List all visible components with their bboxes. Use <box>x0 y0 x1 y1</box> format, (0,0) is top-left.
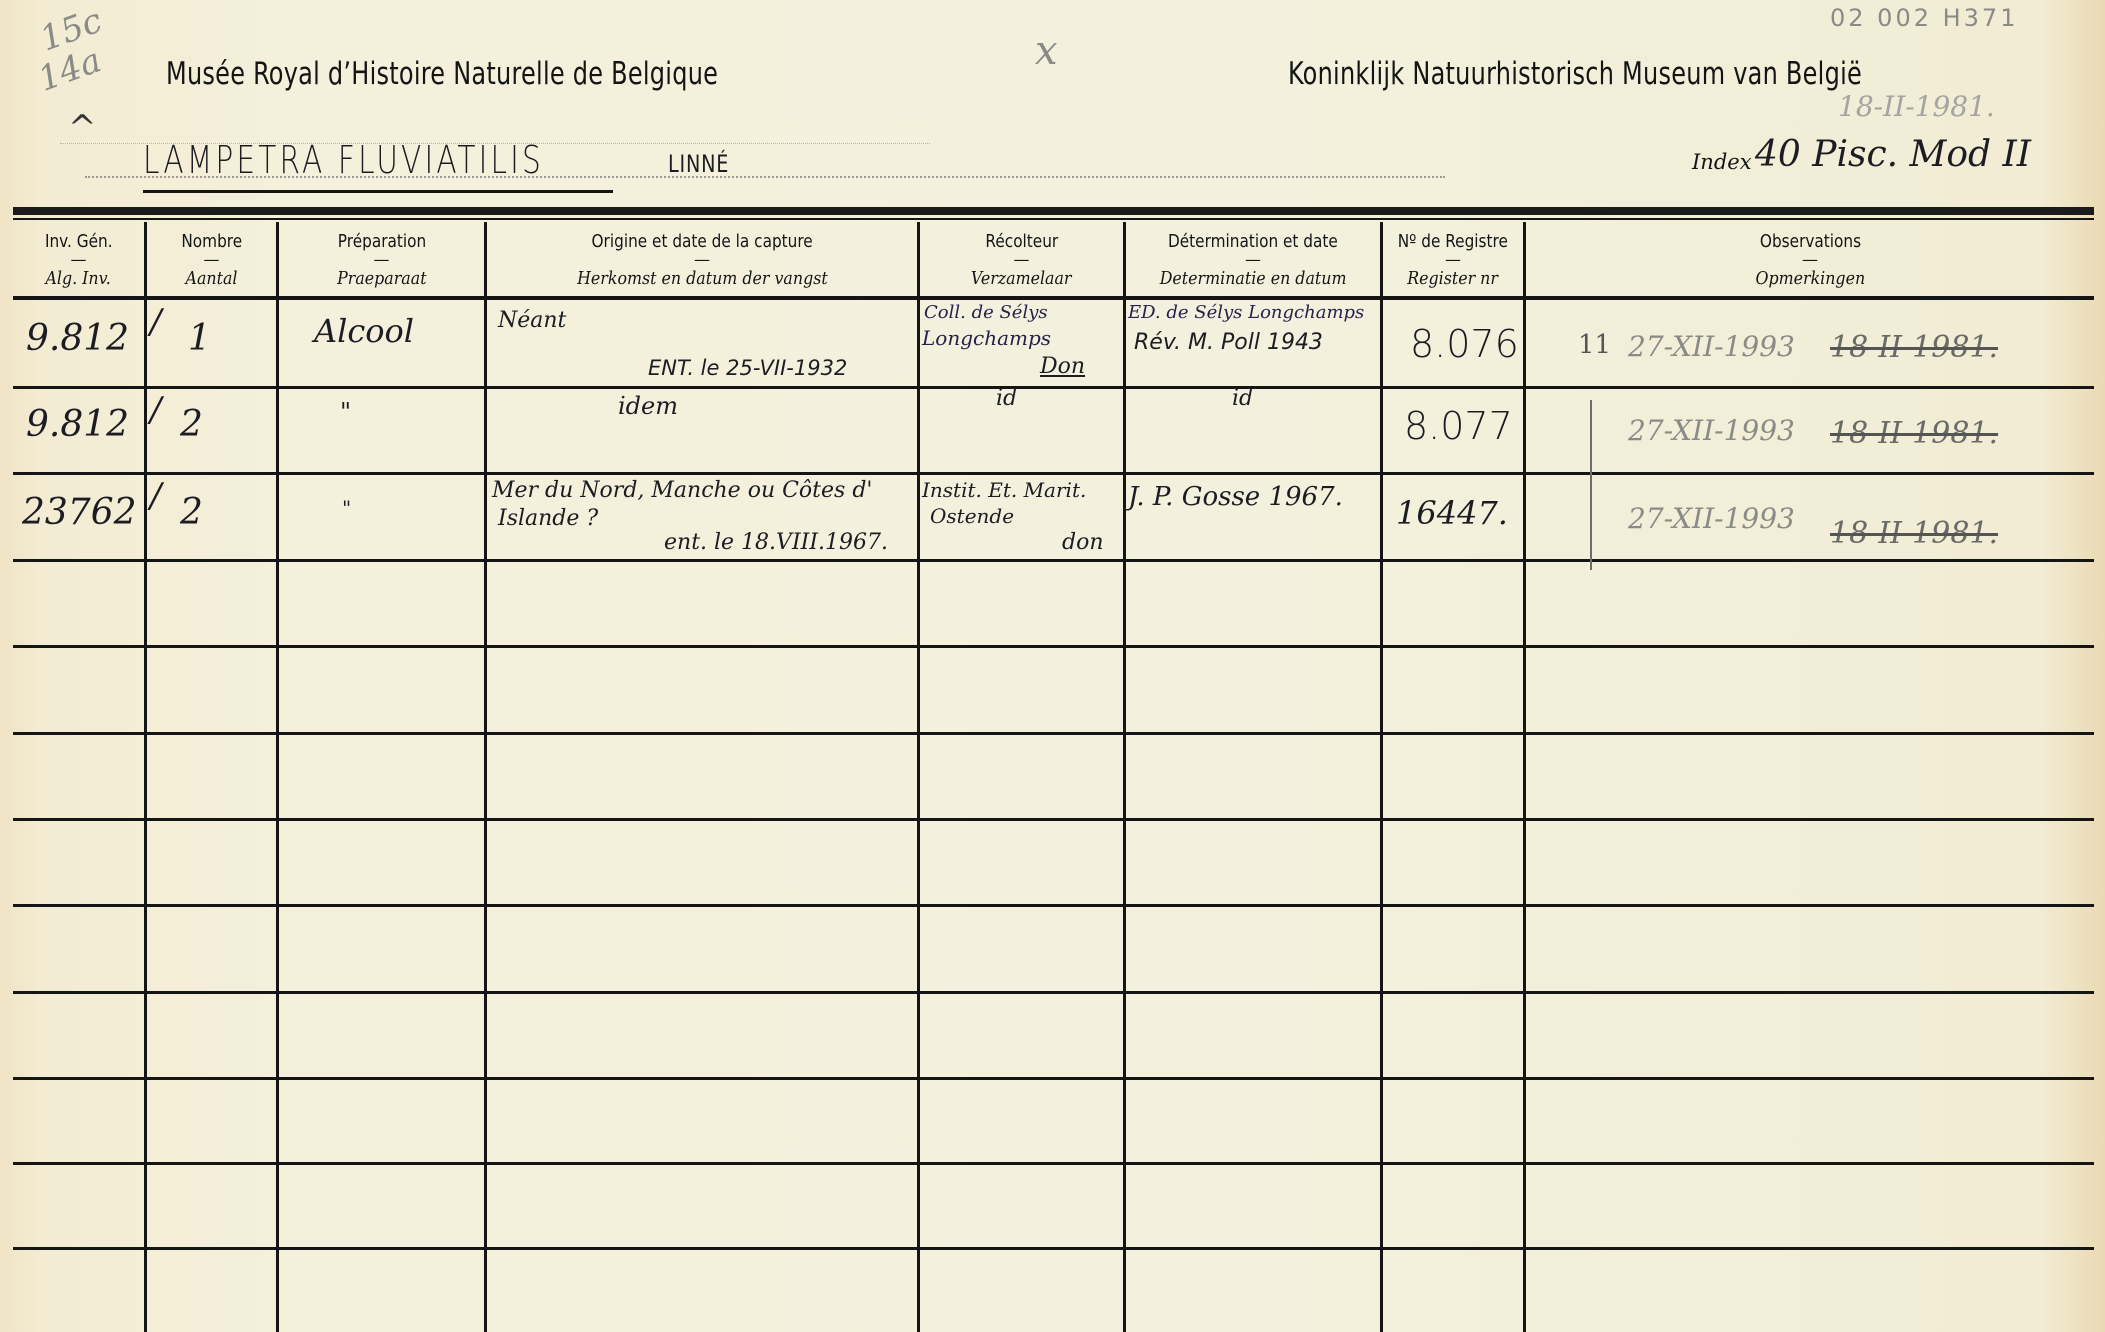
cell-determination-line1: J. P. Gosse 1967. <box>1128 482 1343 512</box>
cell-slash: / <box>150 302 161 342</box>
header-preparation: Préparation — Praeparaat <box>279 222 484 298</box>
header-nombre: Nombre — Aantal <box>147 222 276 298</box>
cell-determination-line2: Rév. M. Poll 1943 <box>1134 330 1323 355</box>
cell-obs-date1: 27-XII-1993 <box>1628 330 1795 363</box>
annotation-date-pencil: 18-II-1981. <box>1838 90 1995 123</box>
row-rule <box>13 1162 2094 1165</box>
cell-origine-line2: ENT. le 25-VII-1932 <box>648 356 847 380</box>
header-nl: Opmerkingen <box>1755 268 1865 289</box>
header-separator: — <box>694 255 710 265</box>
index-label: Index <box>1692 150 1752 174</box>
header-origine: Origine et date de la capture — Herkomst… <box>487 222 917 298</box>
header-nl: Register nr <box>1408 268 1499 289</box>
header-separator: — <box>204 255 220 265</box>
header-fr: Préparation <box>337 231 425 252</box>
species-author: LINNÉ <box>668 150 729 178</box>
header-fr: Observations <box>1759 231 1860 252</box>
cell-inv: 9.812 <box>26 404 129 445</box>
header-inv-gen: Inv. Gén. — Alg. Inv. <box>13 222 144 298</box>
cell-obs-date2: 18-II-1981. <box>1830 330 1998 365</box>
cell-recolteur-line1: id <box>996 386 1017 411</box>
table-top-thin-rule <box>13 218 2094 220</box>
header-nl: Alg. Inv. <box>46 268 111 289</box>
cell-recolteur-line3: don <box>1062 530 1104 555</box>
row-rule <box>13 645 2094 648</box>
annotation-catalog-code: 02 002 H371 <box>1830 4 2018 32</box>
index-value: 40 Pisc. Mod II <box>1755 134 2031 175</box>
cell-nombre: 2 <box>180 404 203 445</box>
column-rule <box>1123 222 1126 1332</box>
header-separator: — <box>374 255 390 265</box>
row-rule <box>13 991 2094 994</box>
row-rule <box>13 1247 2094 1250</box>
obs-pencil-bracket <box>1590 400 1592 570</box>
header-fr: Origine et date de la capture <box>591 231 812 252</box>
header-nl: Praeparaat <box>337 268 426 289</box>
cell-origine-line1: Mer du Nord, Manche ou Côtes d' <box>492 478 872 503</box>
cell-origine-line2: Islande ? <box>498 506 598 531</box>
row-rule <box>13 472 2094 475</box>
header-registre: Nº de Registre — Register nr <box>1383 222 1523 298</box>
cell-determination-line1: ED. de Sélys Longchamps <box>1128 302 1364 323</box>
cell-obs-date2: 18-II-1981. <box>1830 416 1998 451</box>
institution-title-fr: Musée Royal d’Histoire Naturelle de Belg… <box>166 56 718 92</box>
header-nl: Verzamelaar <box>971 268 1072 289</box>
header-separator: — <box>71 255 87 265</box>
institution-title-nl: Koninklijk Natuurhistorisch Museum van B… <box>1288 56 1862 92</box>
table-top-thick-rule <box>13 207 2094 215</box>
row-rule <box>13 818 2094 821</box>
header-nl: Aantal <box>186 268 238 289</box>
header-nl: Herkomst en datum der vangst <box>577 268 828 289</box>
cell-registre: 16447. <box>1396 494 1508 532</box>
cell-origine-line3: ent. le 18.VIII.1967. <box>664 530 888 555</box>
cell-registre: 8.077 <box>1404 404 1513 448</box>
header-separator: — <box>1445 255 1461 265</box>
cell-nombre: 1 <box>188 318 211 359</box>
column-rule <box>484 222 487 1332</box>
header-determination: Détermination et date — Determinatie en … <box>1126 222 1380 298</box>
cell-preparation: " <box>340 398 351 426</box>
cell-inv: 9.812 <box>26 318 129 359</box>
header-separator: — <box>1245 255 1261 265</box>
cell-registre: 8.076 <box>1410 322 1519 366</box>
header-observations: Observations — Opmerkingen <box>1526 222 2094 298</box>
cell-slash: / <box>150 390 161 430</box>
cell-preparation: Alcool <box>314 312 414 350</box>
species-underline <box>143 190 613 193</box>
column-rule <box>144 222 147 1332</box>
column-rule <box>1523 222 1526 1332</box>
cell-obs-mark: 11 <box>1578 330 1611 360</box>
cell-origine-line1: Néant <box>498 308 566 333</box>
cell-recolteur-line1: Instit. Et. Marit. <box>922 478 1086 502</box>
cell-recolteur-line3: Don <box>1040 354 1085 379</box>
column-rule <box>1380 222 1383 1332</box>
header-fr: Inv. Gén. <box>45 231 113 252</box>
cell-recolteur-line2: Ostende <box>930 504 1014 528</box>
species-name: LAMPETRA FLUVIATILIS <box>143 138 544 182</box>
cell-determination-line1: id <box>1232 386 1253 411</box>
row-rule <box>13 559 2094 562</box>
cell-obs-date2: 18-II-1981. <box>1830 516 1998 551</box>
header-recolteur: Récolteur — Verzamelaar <box>920 222 1123 298</box>
cell-preparation: " <box>342 496 351 520</box>
annotation-x-mark: x <box>1035 28 1058 74</box>
row-rule <box>13 732 2094 735</box>
row-rule <box>13 904 2094 907</box>
cell-obs-date1: 27-XII-1993 <box>1628 414 1795 447</box>
cell-recolteur-line1: Coll. de Sélys <box>924 302 1048 323</box>
column-rule <box>917 222 920 1332</box>
cell-nombre: 2 <box>180 492 203 533</box>
header-fr: Détermination et date <box>1168 231 1338 252</box>
header-separator: — <box>1014 255 1030 265</box>
annotation-caret: ^ <box>68 108 97 148</box>
column-rule <box>276 222 279 1332</box>
cell-obs-date1: 27-XII-1993 <box>1628 502 1795 535</box>
cell-inv: 23762 <box>22 492 137 533</box>
cell-origine-line1: idem <box>618 392 678 420</box>
row-rule <box>13 386 2094 389</box>
header-fr: Récolteur <box>985 231 1058 252</box>
header-separator: — <box>1802 255 1818 265</box>
cell-recolteur-line2: Longchamps <box>922 326 1051 350</box>
header-fr: Nombre <box>181 231 242 252</box>
header-fr: Nº de Registre <box>1398 231 1508 252</box>
row-rule <box>13 1077 2094 1080</box>
header-nl: Determinatie en datum <box>1160 268 1347 289</box>
cell-slash: / <box>150 476 161 516</box>
